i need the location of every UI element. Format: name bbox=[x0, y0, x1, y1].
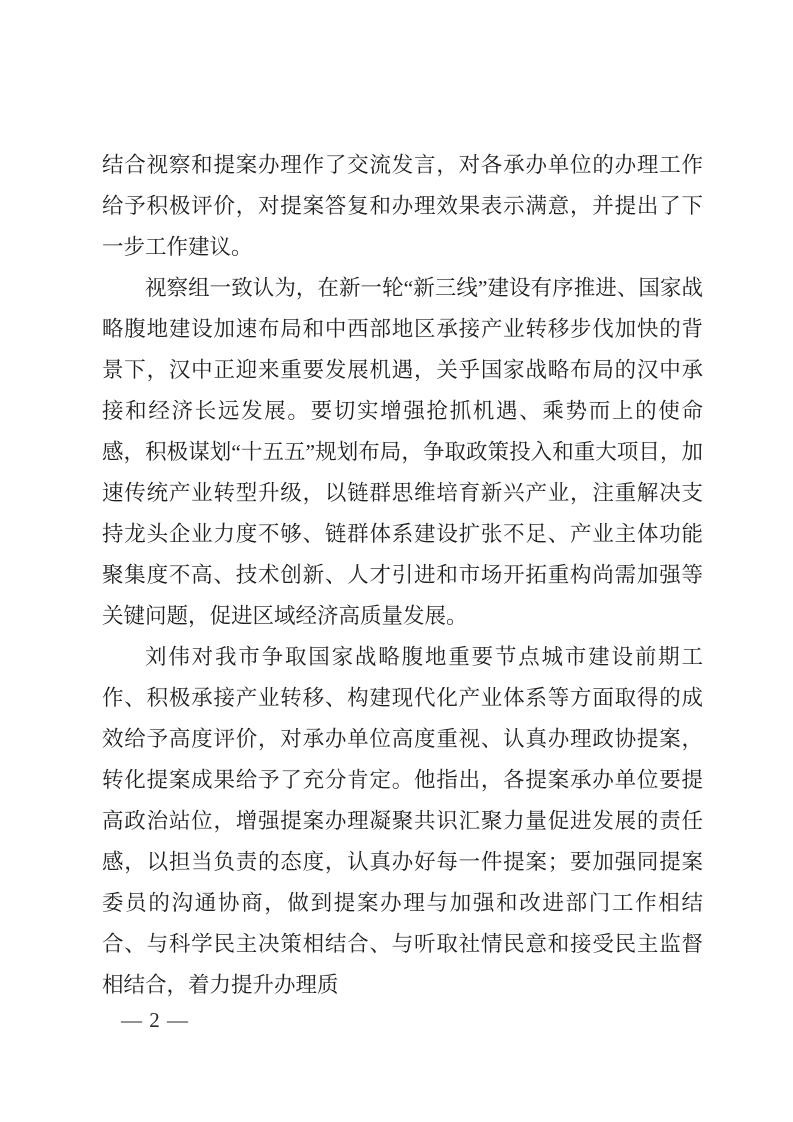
page-number: — 2 — bbox=[121, 1008, 189, 1033]
paragraph-liuwei-remarks: 刘伟对我市争取国家战略腹地重要节点城市建设前期工作、积极承接产业转移、构建现代化… bbox=[102, 637, 703, 1006]
paragraph-continuation: 结合视察和提案办理作了交流发言，对各承办单位的办理工作给予积极评价，对提案答复和… bbox=[102, 145, 703, 268]
document-body: 结合视察和提案办理作了交流发言，对各承办单位的办理工作给予积极评价，对提案答复和… bbox=[102, 145, 703, 1006]
paragraph-inspection-group-opinion: 视察组一致认为，在新一轮“新三线”建设有序推进、国家战略腹地建设加速布局和中西部… bbox=[102, 268, 703, 637]
document-page: 结合视察和提案办理作了交流发言，对各承办单位的办理工作给予积极评价，对提案答复和… bbox=[0, 0, 793, 1122]
